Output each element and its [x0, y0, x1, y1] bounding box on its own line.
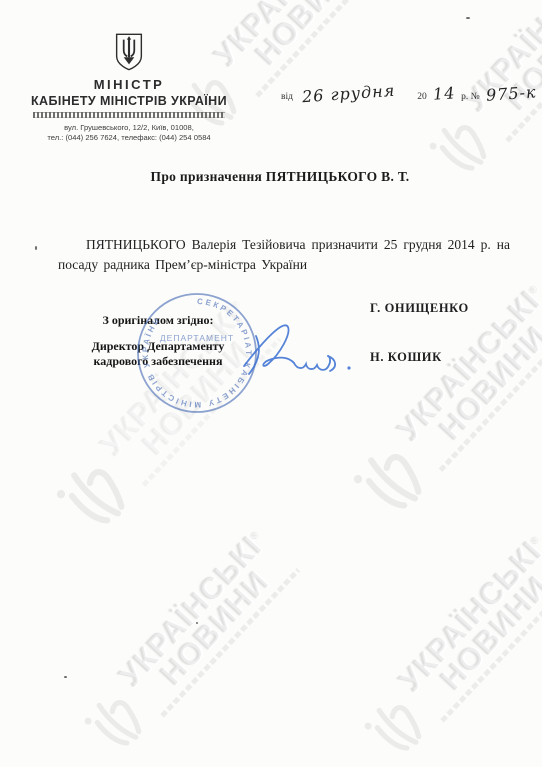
scan-speck	[196, 622, 198, 624]
document-body-paragraph: ПЯТНИЦЬКОГО Валерія Тезійовича призначит…	[58, 235, 510, 276]
handwritten-signature	[236, 306, 368, 400]
watermark-tagline-strip	[160, 568, 300, 718]
watermark-line2: НОВИНИ	[136, 545, 294, 711]
handwritten-date: 26 грудня	[301, 81, 395, 106]
registered-mark: ®	[529, 534, 542, 548]
watermark-group: УКРАЇНСЬКІ® НОВИНИ	[352, 530, 542, 767]
ukrainian-news-logo-icon	[74, 681, 155, 761]
ministry-title-line1: МІНІСТР	[8, 77, 250, 92]
registered-mark: ®	[527, 283, 541, 297]
watermark-tagline-strip	[439, 322, 542, 472]
watermark-line2: НОВИНИ	[414, 299, 542, 465]
address-line2: тел.: (044) 256 7624, телефакс: (044) 25…	[8, 133, 250, 143]
scan-speck	[64, 676, 67, 678]
year-printed: 20	[417, 92, 427, 102]
number-label: р. №	[461, 92, 480, 102]
watermark-line2: НОВИНИ	[231, 0, 389, 91]
watermark-line1: УКРАЇНСЬКІ	[112, 529, 268, 693]
certifier-name: Н. КОШИК	[370, 350, 442, 365]
watermark-line1: УКРАЇНСЬКІ	[392, 534, 542, 698]
watermark-line2: НОВИНИ	[481, 0, 542, 136]
scan-speck	[466, 17, 470, 19]
handwritten-number: 975-к	[485, 82, 537, 104]
watermark-tagline-strip	[440, 573, 542, 723]
date-prefix: від	[281, 92, 293, 102]
scan-speck	[35, 246, 37, 250]
decorative-divider	[33, 112, 225, 118]
ukrainian-news-logo-icon	[341, 431, 437, 527]
address-line1: вул. Грушевського, 12/2, Київ, 01008,	[8, 123, 250, 133]
watermark-tagline-strip	[505, 0, 542, 143]
ministry-title-line2: КАБІНЕТУ МІНІСТРІВ УКРАЇНИ	[8, 94, 250, 108]
date-number-line: від 26 грудня 20 14 р. № 975-к	[281, 84, 541, 104]
registered-mark: ®	[249, 529, 263, 543]
letterhead: МІНІСТР КАБІНЕТУ МІНІСТРІВ УКРАЇНИ вул. …	[8, 32, 250, 144]
signer-name: Г. ОНИЩЕНКО	[370, 301, 469, 316]
watermark-line2: НОВИНИ	[416, 550, 542, 716]
watermark-group: УКРАЇНСЬКІ® НОВИНИ	[72, 525, 300, 763]
ukraine-trident-emblem-icon	[114, 32, 144, 72]
scanned-document-page: УКРАЇНСЬКІ® НОВИНИ УКРАЇНСЬКІ® НОВИНИ УК…	[0, 0, 542, 767]
ukrainian-news-logo-icon	[44, 446, 140, 542]
handwritten-year: 14	[432, 83, 456, 104]
document-title: Про призначення ПЯТНИЦЬКОГО В. Т.	[60, 169, 500, 185]
stamp-center-text: ДЕПАРТАМЕНТ	[160, 333, 234, 343]
ukrainian-news-logo-icon	[354, 686, 435, 766]
